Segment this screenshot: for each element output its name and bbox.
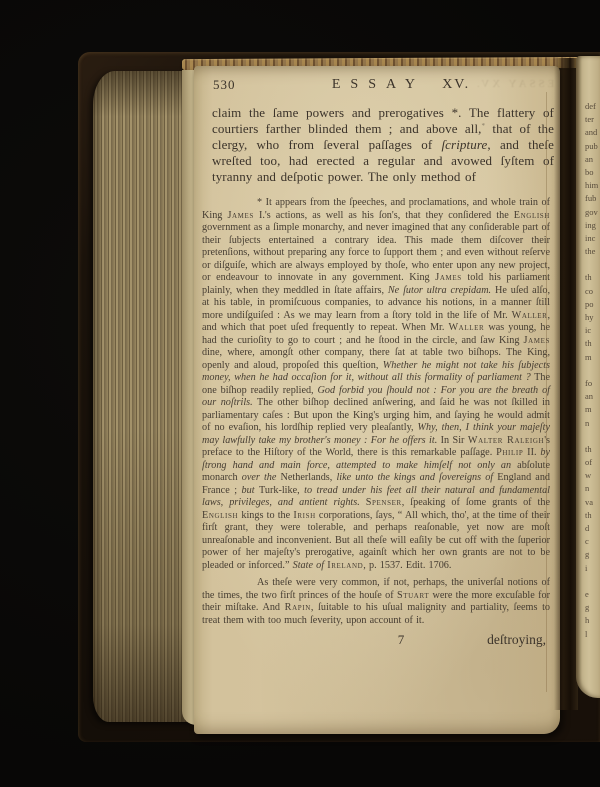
- running-head: ESSAY XV.: [332, 76, 470, 93]
- footnote-block: * It appears from the ſpeeches, and proc…: [202, 197, 550, 627]
- book-photograph: { "colors": { "background": "#090807", "…: [0, 0, 600, 787]
- running-title: ESSAY: [332, 77, 425, 92]
- folio-number: 530: [213, 77, 236, 93]
- catchword: deſtroying,: [487, 632, 546, 648]
- page-header: 530 ESSAY XV. ESSAY XV.: [194, 76, 560, 93]
- next-page-sliver: defterandpubanbohimfubgovingincthethcopo…: [576, 56, 600, 698]
- footnote-paragraph-2: As theſe were very common, if not, perha…: [202, 577, 550, 627]
- signature-mark: 7: [398, 632, 405, 648]
- page-crease: [546, 92, 547, 692]
- book-page: 530 ESSAY XV. ESSAY XV. claim the ſame p…: [194, 66, 560, 734]
- chapter-numeral: XV.: [442, 77, 470, 92]
- page-gap-shadow: [554, 58, 578, 710]
- show-through-ghost-text: ESSAY XV.: [474, 78, 554, 90]
- main-text-paragraph: claim the ſame powers and prerogatives *…: [212, 105, 554, 185]
- page-footer: 7 deſtroying,: [202, 632, 550, 650]
- footnote-paragraph-1: * It appears from the ſpeeches, and proc…: [202, 197, 550, 572]
- next-page-text-fragments: defterandpubanbohimfubgovingincthethcopo…: [576, 56, 600, 641]
